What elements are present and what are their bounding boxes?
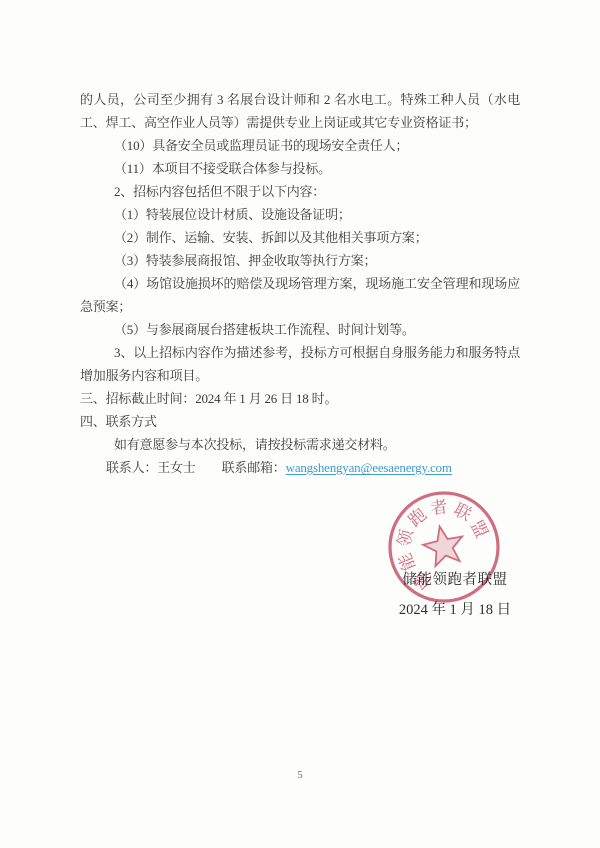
contact-person-name: 王女士 bbox=[157, 460, 195, 475]
paragraph: 3、以上招标内容作为描述参考，投标方可根据自身服务能力和服务特点增加服务内容和项… bbox=[80, 341, 520, 387]
paragraph: 2、招标内容包括但不限于以下内容： bbox=[80, 180, 520, 203]
contact-person-label: 联系人： bbox=[106, 460, 157, 475]
stamp-ring-char: 盟 bbox=[467, 517, 492, 541]
paragraph: （3）特装参展商报馆、押金收取等执行方案； bbox=[80, 249, 520, 272]
official-seal-stamp-icon: 储能领跑者联盟 bbox=[374, 477, 514, 617]
page-number: 5 bbox=[0, 769, 600, 781]
paragraph: 如有意愿参与本次投标，请按投标需求递交材料。 bbox=[80, 433, 520, 456]
stamp-ring-char: 储 bbox=[410, 568, 435, 593]
paragraph: 四、联系方式 bbox=[80, 410, 520, 433]
paragraph: （11）本项目不接受联合体参与投标。 bbox=[80, 157, 520, 180]
stamp-ring-char: 领 bbox=[394, 527, 417, 549]
contact-email-label: 联系邮箱： bbox=[222, 460, 286, 475]
paragraph: 三、招标截止时间：2024 年 1 月 26 日 18 时。 bbox=[80, 387, 520, 410]
stamp-star-icon bbox=[420, 522, 467, 567]
stamp-ring-char: 联 bbox=[451, 500, 475, 525]
paragraph: （1）特装展位设计材质、设施设备证明； bbox=[80, 203, 520, 226]
paragraph: （5）与参展商展台搭建板块工作流程、时间计划等。 bbox=[80, 318, 520, 341]
stamp-ring-char: 跑 bbox=[405, 505, 430, 530]
stamp-ring-char: 者 bbox=[430, 497, 449, 518]
paragraph: 的人员，公司至少拥有 3 名展台设计师和 2 名水电工。特殊工种人员（水电工、焊… bbox=[80, 88, 520, 134]
paragraph: （4）场馆设施损坏的赔偿及现场管理方案，现场施工安全管理和现场应急预案； bbox=[80, 272, 520, 318]
paragraph: （10）具备安全员或监理员证书的现场安全责任人； bbox=[80, 134, 520, 157]
document-page: 的人员，公司至少拥有 3 名展台设计师和 2 名水电工。特殊工种人员（水电工、焊… bbox=[0, 0, 600, 848]
paragraph: （2）制作、运输、安装、拆卸以及其他相关事项方案； bbox=[80, 226, 520, 249]
stamp-ring-char: 能 bbox=[395, 550, 419, 573]
contact-email-link[interactable]: wangshengyan@eesaenergy.com bbox=[286, 460, 452, 475]
contact-line: 联系人：王女士联系邮箱：wangshengyan@eesaenergy.com bbox=[80, 456, 520, 479]
document-body: 的人员，公司至少拥有 3 名展台设计师和 2 名水电工。特殊工种人员（水电工、焊… bbox=[80, 88, 520, 479]
